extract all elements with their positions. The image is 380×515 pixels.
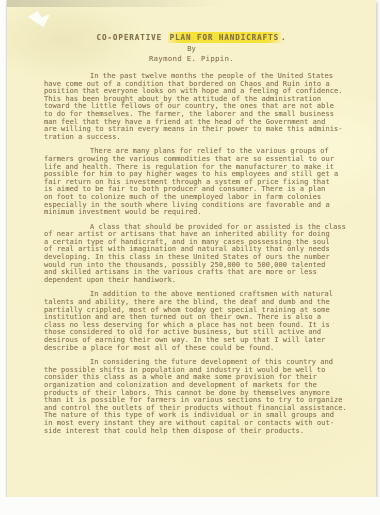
page-title: CO-OPERATIVE PLAN FOR HANDICRAFTS.: [7, 33, 376, 42]
title-suffix: .: [281, 33, 286, 42]
paragraph: In the past twelve months the people of …: [44, 73, 356, 141]
typed-line: describe a place for most all of these c…: [44, 345, 356, 353]
body-paragraphs: In the past twelve months the people of …: [44, 73, 356, 435]
typed-content: CO-OPERATIVE PLAN FOR HANDICRAFTS. By Ra…: [7, 0, 376, 497]
typed-line: minimum investment would be required.: [44, 209, 356, 217]
title-prefix: CO-OPERATIVE: [96, 33, 167, 42]
typed-line: side interest that could help them dispo…: [44, 428, 356, 436]
paragraph: There are many plans for relief to the v…: [44, 148, 356, 216]
paragraph: A class that should be provided for or a…: [44, 224, 356, 285]
title-highlighted-text: PLAN FOR HANDICRAFTS: [168, 32, 281, 43]
typed-line: tration a success.: [44, 134, 356, 142]
paragraph: In considering the future development of…: [44, 359, 356, 435]
typed-line: dependent upon their handiwork.: [44, 277, 356, 285]
scanned-page: CO-OPERATIVE PLAN FOR HANDICRAFTS. By Ra…: [7, 0, 376, 497]
paragraph: In addition to the above mentioned craft…: [44, 291, 356, 352]
byline-label: By: [7, 45, 376, 53]
scan-background: [0, 497, 380, 515]
title-block: CO-OPERATIVE PLAN FOR HANDICRAFTS. By Ra…: [7, 0, 376, 63]
author-name: Raymond E. Pippin.: [7, 54, 376, 63]
